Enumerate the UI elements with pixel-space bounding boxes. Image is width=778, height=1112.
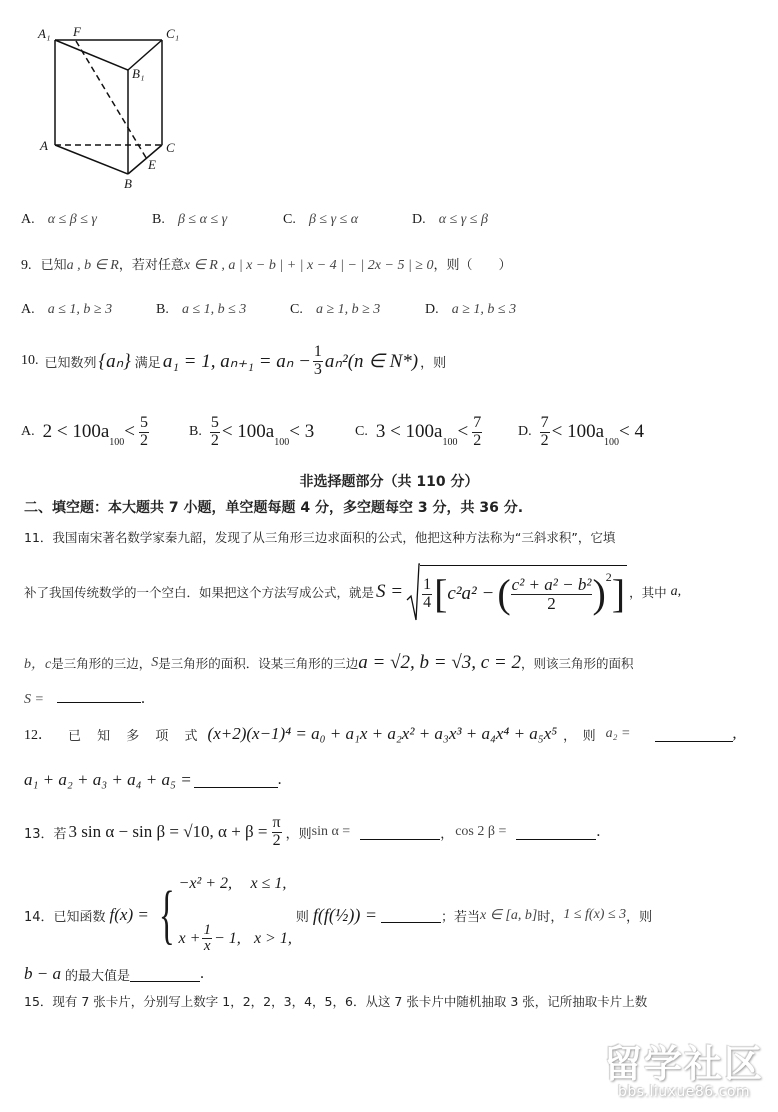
label-e: E xyxy=(148,157,156,173)
piecewise-cases: −x² + 2, x ≤ 1, x + 1 x − 1, x > 1, xyxy=(179,875,292,955)
math-expr: sin α = xyxy=(312,824,351,840)
numerator: 1 xyxy=(202,923,212,940)
math-expr: < 100a xyxy=(552,421,604,443)
q9-option-c: C. a ≥ 1, b ≥ 3 xyxy=(290,298,380,318)
denominator: 2 xyxy=(541,433,549,450)
option-label: C. xyxy=(290,302,303,317)
math-expr: < 3 xyxy=(289,421,314,443)
option-label: A. xyxy=(21,424,35,440)
question-12-line-2: a₁ + a₂ + a₃ + a₄ + a₅ = . xyxy=(24,770,282,790)
watermark-url: bbs.liuxue86.com xyxy=(604,1084,764,1100)
question-text: ， 则 xyxy=(563,725,596,744)
question-text: 已知 xyxy=(41,258,67,273)
q11-line-3: b，c 是三角形的三边， S 是三角形的面积．设某三角形的三边 a = √2, … xyxy=(24,652,634,674)
denominator: 2 xyxy=(211,433,219,450)
fraction: 1 x xyxy=(202,923,212,956)
question-9: 9. 已知a , b ∈ R，若对任意x ∈ R , a | x − b | +… xyxy=(21,254,512,274)
math-expr: x ∈ R , a | x − b | + | x − 4 | − | 2x −… xyxy=(184,258,434,273)
case-expr: x + xyxy=(179,930,201,948)
question-number: 9. xyxy=(21,258,32,273)
numerator: 5 xyxy=(139,415,149,433)
q8-option-d: D. α ≤ γ ≤ β xyxy=(412,208,488,228)
denominator: 2 xyxy=(547,595,556,613)
fraction: 7 2 xyxy=(472,415,482,450)
option-label: C. xyxy=(283,212,296,227)
q9-option-a: A. a ≤ 1, b ≥ 3 xyxy=(21,298,112,318)
sqrt-icon xyxy=(406,562,420,622)
numerator: π xyxy=(272,815,282,833)
option-label: A. xyxy=(21,212,35,227)
numerator: c² + a² − b² xyxy=(511,576,593,595)
label-a: A xyxy=(40,138,48,154)
numerator: 5 xyxy=(210,415,220,433)
q10-option-c: C. 3 < 100a100 < 7 2 xyxy=(355,415,482,450)
math-expr: a , b ∈ R xyxy=(67,258,119,273)
option-label: D. xyxy=(412,212,426,227)
option-text: a ≤ 1, b ≥ 3 xyxy=(48,302,112,317)
math-expr: 2 < 100a xyxy=(43,421,110,443)
numerator: 1 xyxy=(313,344,323,362)
answer-blank-q13-sin[interactable] xyxy=(360,825,440,840)
question-text: 是三角形的三边， xyxy=(51,654,151,672)
option-text: α ≤ β ≤ γ xyxy=(48,212,97,227)
case-cond: x > 1, xyxy=(254,930,292,948)
fraction-inner: c² + a² − b² 2 xyxy=(511,576,593,613)
q10-option-b: B. 5 2 < 100a100 < 3 xyxy=(189,415,314,450)
q10-option-d: D. 7 2 < 100a100 < 4 xyxy=(518,415,644,450)
math-expr: a₁ + a₂ + a₃ + a₄ + a₅ = xyxy=(24,770,192,790)
q9-option-d: D. a ≥ 1, b ≤ 3 xyxy=(425,298,516,318)
math-expr: < xyxy=(458,421,469,443)
answer-blank-q11[interactable] xyxy=(57,688,141,703)
numerator: 7 xyxy=(472,415,482,433)
math-expr: < 100a xyxy=(222,421,274,443)
question-text: 时， xyxy=(537,906,563,925)
question-text: 是三角形的面积．设某三角形的三边 xyxy=(158,654,358,672)
math-expr: aₙ²(n ∈ N*) xyxy=(325,350,418,373)
option-label: A. xyxy=(21,302,35,317)
fraction: 1 3 xyxy=(313,344,323,379)
option-label: C. xyxy=(355,424,368,440)
prism-figure: A₁ F C₁ B₁ A C E B xyxy=(0,0,260,200)
section-heading: 二、填空题：本大题共 7 小题，单空题每题 4 分，多空题每空 3 分，共 36… xyxy=(24,497,523,517)
question-text: 满足 xyxy=(135,352,161,371)
option-text: β ≤ γ ≤ α xyxy=(309,212,358,227)
label-b1: B₁ xyxy=(132,66,144,82)
question-text: 的最大值是 xyxy=(65,965,130,984)
question-text: ；若当 xyxy=(441,906,480,925)
fraction: 5 2 xyxy=(139,415,149,450)
option-label: B. xyxy=(156,302,169,317)
math-expr: (x+2)(x−1)⁴ = a₀ + a₁x + a₂x² + a₃x³ + a… xyxy=(208,724,558,744)
question-text: 已 知 多 项 式 xyxy=(68,725,204,744)
math-expr: a₂ = xyxy=(606,726,631,742)
case-expr: − 1, xyxy=(214,930,244,948)
subscript: 100 xyxy=(604,437,619,448)
fraction-quarter: 1 4 xyxy=(422,577,432,612)
math-expr: a = √2, b = √3, c = 2 xyxy=(358,652,521,674)
q11-line-2: 补了我国传统数学的一个空白．如果把这个方法写成公式，就是 S = 1 4 [ c… xyxy=(24,562,681,622)
question-10: 10. 已知数列 {aₙ} 满足 a₁ = 1, aₙ₊₁ = aₙ − 1 3… xyxy=(21,344,446,379)
math-expr: f(x) = xyxy=(110,905,149,925)
option-text: α ≤ γ ≤ β xyxy=(439,212,488,227)
math-expr: a₁ = 1, aₙ₊₁ = aₙ − xyxy=(163,350,311,373)
watermark-logo: 留学社区 bbs.liuxue86.com xyxy=(604,1033,764,1100)
option-label: B. xyxy=(152,212,165,227)
numerator: 7 xyxy=(540,415,550,433)
math-expr: S xyxy=(151,655,158,671)
denominator: 3 xyxy=(314,362,322,379)
q9-option-b: B. a ≤ 1, b ≤ 3 xyxy=(156,298,246,318)
answer-blank-q12-a2[interactable] xyxy=(655,727,733,742)
question-text: ，若对任意 xyxy=(119,258,184,273)
case-1: −x² + 2, x ≤ 1, xyxy=(179,875,292,893)
q8-option-b: B. β ≤ α ≤ γ xyxy=(152,208,227,228)
question-text: 补了我国传统数学的一个空白．如果把这个方法写成公式，就是 xyxy=(24,583,374,601)
case-cond: x ≤ 1, xyxy=(251,875,287,893)
numerator: 1 xyxy=(422,577,432,595)
q10-option-a: A. 2 < 100a100 < 5 2 xyxy=(21,415,149,450)
option-text: a ≤ 1, b ≤ 3 xyxy=(182,302,246,317)
math-expr: b，c xyxy=(24,653,51,673)
sqrt-formula: 1 4 [ c²a² − ( c² + a² − b² 2 ) 2 ] xyxy=(406,562,627,622)
case-2: x + 1 x − 1, x > 1, xyxy=(179,923,292,956)
denominator: 2 xyxy=(140,433,148,450)
answer-blank-q14-max[interactable] xyxy=(130,967,200,982)
option-text: a ≥ 1, b ≥ 3 xyxy=(316,302,380,317)
question-number: 13．若 xyxy=(24,823,67,842)
math-expr: x ∈ [a, b] xyxy=(480,907,537,924)
answer-blank-q12-sum[interactable] xyxy=(194,773,278,788)
label-a1: A₁ xyxy=(38,26,50,42)
subscript: 100 xyxy=(109,437,124,448)
answer-blank-q13-cos[interactable] xyxy=(516,825,596,840)
question-text: ，则 xyxy=(286,823,312,842)
question-text: ，则 xyxy=(626,906,652,925)
subscript: 100 xyxy=(274,437,289,448)
option-text: β ≤ α ≤ γ xyxy=(178,212,227,227)
section-title: 非选择题部分（共 110 分） xyxy=(0,471,778,491)
case-expr: −x² + 2, xyxy=(179,875,251,893)
math-expr: 3 < 100a xyxy=(376,421,443,443)
option-label: B. xyxy=(189,424,202,440)
denominator: x xyxy=(204,939,211,955)
question-13: 13．若 3 sin α − sin β = √10, α + β = π 2 … xyxy=(24,815,600,850)
question-text: 已知数列 xyxy=(45,352,97,371)
math-expr: < xyxy=(124,421,135,443)
question-14: 14．已知函数 f(x) = { −x² + 2, x ≤ 1, x + 1 x… xyxy=(24,872,652,958)
watermark-title: 留学社区 xyxy=(604,1033,764,1088)
option-label: D. xyxy=(518,424,532,440)
fraction: 7 2 xyxy=(540,415,550,450)
question-12: 12． 已 知 多 项 式 (x+2)(x−1)⁴ = a₀ + a₁x + a… xyxy=(24,724,737,744)
question-number: 12． xyxy=(24,724,52,744)
label-f: F xyxy=(73,24,81,40)
math-expr: S = xyxy=(24,692,44,707)
math-expr: cos 2 β = xyxy=(455,824,506,840)
denominator: 2 xyxy=(273,833,281,850)
math-expr: < 4 xyxy=(619,421,644,443)
math-expr: b − a xyxy=(24,964,61,984)
label-b: B xyxy=(124,176,132,192)
question-number: 14．已知函数 xyxy=(24,906,106,925)
option-label: D. xyxy=(425,302,439,317)
denominator: 2 xyxy=(473,433,481,450)
answer-blank-q14-f[interactable] xyxy=(381,908,441,923)
q11-line-1: 11．我国南宋著名数学家秦九韶，发现了从三角形三边求面积的公式，他把这种方法称为… xyxy=(24,528,615,546)
fraction: π 2 xyxy=(272,815,282,850)
question-text: ，则 xyxy=(420,352,446,371)
question-15: 15．现有 7 张卡片，分别写上数字 1，2，2，3，4，5，6．从这 7 张卡… xyxy=(24,992,647,1010)
math-expr: 1 ≤ f(x) ≤ 3 xyxy=(563,907,626,923)
question-number: 10. xyxy=(21,353,39,369)
question-text: ，则该三角形的面积 xyxy=(521,654,634,672)
math-expr: 3 sin α − sin β = √10, α + β = xyxy=(69,822,268,842)
question-14-line-2: b − a 的最大值是 . xyxy=(24,964,204,984)
question-text: ，则（ ） xyxy=(434,258,512,273)
question-text: 则 xyxy=(296,906,309,925)
math-expr: f(f(½)) = xyxy=(313,905,377,926)
subscript: 100 xyxy=(443,437,458,448)
q11-line-4: S = . xyxy=(24,688,145,708)
math-expr: {aₙ} xyxy=(99,350,131,373)
option-text: a ≥ 1, b ≤ 3 xyxy=(452,302,516,317)
label-c: C xyxy=(166,140,175,156)
question-text: ，其中 xyxy=(629,583,667,601)
fraction: 5 2 xyxy=(210,415,220,450)
label-c1: C₁ xyxy=(166,26,179,42)
math-expr: S = xyxy=(376,581,403,603)
q8-option-c: C. β ≤ γ ≤ α xyxy=(283,208,358,228)
math-expr: c²a² − xyxy=(447,583,494,605)
math-expr: a, xyxy=(671,584,682,600)
denominator: 4 xyxy=(423,595,431,612)
q8-option-a: A. α ≤ β ≤ γ xyxy=(21,208,97,228)
